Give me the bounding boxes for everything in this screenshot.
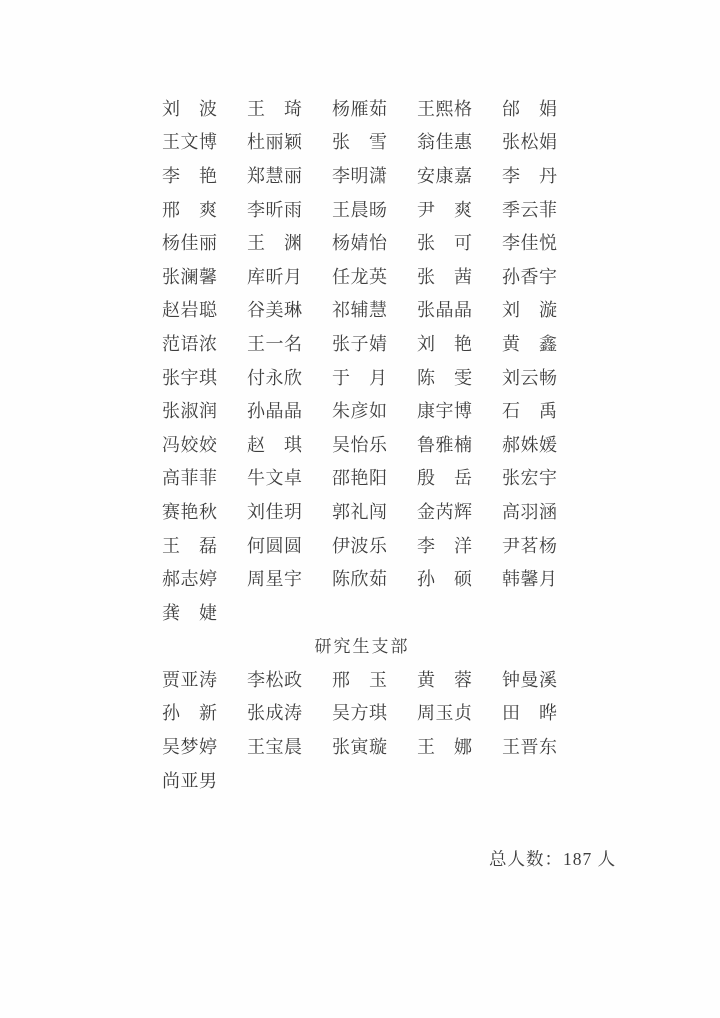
person-name: 刘云畅: [502, 369, 559, 387]
member-name-list-graduate: 贾亚涛李松政邢 玉黄 蓉钟曼溪孙 新张成涛吴方琪周玉贞田 晔吴梦婷王宝晨张寅璇王…: [162, 663, 562, 797]
person-name: 周星宇: [247, 570, 304, 588]
person-name: 范语浓: [162, 335, 219, 353]
person-name: 李明潇: [332, 167, 389, 185]
person-name: 韩馨月: [502, 570, 559, 588]
person-name: 尹茗杨: [502, 537, 559, 555]
name-row: 孙 新张成涛吴方琪周玉贞田 晔: [162, 697, 562, 731]
name-row: 李 艳郑慧丽李明潇安康嘉李 丹: [162, 159, 562, 193]
person-name: 康宇博: [417, 402, 474, 420]
person-name: 张晶晶: [417, 301, 474, 319]
person-name: 吴梦婷: [162, 738, 219, 756]
name-row: 赵岩聪谷美琳祁辅慧张晶晶刘 漩: [162, 294, 562, 328]
document-page: 刘 波王 琦杨雁茹王熙格邰 娟王文博杜丽颖张 雪翁佳惠张松娟李 艳郑慧丽李明潇安…: [0, 0, 720, 1018]
person-name: 王熙格: [417, 100, 474, 118]
person-name: 鲁雅楠: [417, 436, 474, 454]
person-name: 赵岩聪: [162, 301, 219, 319]
person-name: 石 禹: [502, 402, 559, 420]
person-name: 杨佳丽: [162, 234, 219, 252]
person-name: 张 雪: [332, 133, 389, 151]
name-row: 张淑润孙晶晶朱彦如康宇博石 禹: [162, 394, 562, 428]
person-name: 王 琦: [247, 100, 304, 118]
name-row: 张宇琪付永欣于 月陈 雯刘云畅: [162, 361, 562, 395]
person-name: 贾亚涛: [162, 671, 219, 689]
person-name: 邰 娟: [502, 100, 559, 118]
person-name: 祁辅慧: [332, 301, 389, 319]
name-row: 冯姣姣赵 琪吴怡乐鲁雅楠郝姝媛: [162, 428, 562, 462]
person-name: 张澜馨: [162, 268, 219, 286]
person-name: 张成涛: [247, 704, 304, 722]
name-row: 王 磊何圆圆伊波乐李 洋尹茗杨: [162, 529, 562, 563]
person-name: 张宇琪: [162, 369, 219, 387]
name-row: 杨佳丽王 渊杨婧怡张 可李佳悦: [162, 226, 562, 260]
person-name: 王 磊: [162, 537, 219, 555]
name-row: 尚亚男: [162, 764, 562, 798]
name-row: 龚 婕: [162, 596, 562, 630]
person-name: 周玉贞: [417, 704, 474, 722]
person-name: 郑慧丽: [247, 167, 304, 185]
person-name: 张子婧: [332, 335, 389, 353]
person-name: 杨婧怡: [332, 234, 389, 252]
person-name: 王一名: [247, 335, 304, 353]
person-name: 何圆圆: [247, 537, 304, 555]
person-name: 冯姣姣: [162, 436, 219, 454]
person-name: 安康嘉: [417, 167, 474, 185]
person-name: 田 晔: [502, 704, 559, 722]
person-name: 翁佳惠: [417, 133, 474, 151]
person-name: 吴方琪: [332, 704, 389, 722]
person-name: 邵艳阳: [332, 469, 389, 487]
person-name: 郝志婷: [162, 570, 219, 588]
person-name: 刘 波: [162, 100, 219, 118]
person-name: 高菲菲: [162, 469, 219, 487]
person-name: 任龙英: [332, 268, 389, 286]
person-name: 牛文卓: [247, 469, 304, 487]
person-name: 王 渊: [247, 234, 304, 252]
person-name: 谷美琳: [247, 301, 304, 319]
person-name: 朱彦如: [332, 402, 389, 420]
person-name: 殷 岳: [417, 469, 474, 487]
person-name: 季云菲: [502, 201, 559, 219]
person-name: 张淑润: [162, 402, 219, 420]
person-name: 郭礼闯: [332, 503, 389, 521]
person-name: 吴怡乐: [332, 436, 389, 454]
member-name-list-main: 刘 波王 琦杨雁茹王熙格邰 娟王文博杜丽颖张 雪翁佳惠张松娟李 艳郑慧丽李明潇安…: [162, 92, 562, 630]
person-name: 金芮辉: [417, 503, 474, 521]
person-name: 张 茜: [417, 268, 474, 286]
person-name: 李松政: [247, 671, 304, 689]
person-name: 孙香宇: [502, 268, 559, 286]
name-row: 王文博杜丽颖张 雪翁佳惠张松娟: [162, 126, 562, 160]
person-name: 库昕月: [247, 268, 304, 286]
person-name: 王 娜: [417, 738, 474, 756]
person-name: 刘 艳: [417, 335, 474, 353]
person-name: 邢 爽: [162, 201, 219, 219]
person-name: 李 丹: [502, 167, 559, 185]
person-name: 张寅璇: [332, 738, 389, 756]
person-name: 尹 爽: [417, 201, 474, 219]
person-name: 赛艳秋: [162, 503, 219, 521]
person-name: 李佳悦: [502, 234, 559, 252]
person-name: 杨雁茹: [332, 100, 389, 118]
person-name: 钟曼溪: [502, 671, 559, 689]
person-name: 李昕雨: [247, 201, 304, 219]
person-name: 刘佳玥: [247, 503, 304, 521]
person-name: 尚亚男: [162, 772, 219, 790]
person-name: 郝姝媛: [502, 436, 559, 454]
person-name: 杜丽颖: [247, 133, 304, 151]
person-name: 刘 漩: [502, 301, 559, 319]
name-row: 吴梦婷王宝晨张寅璇王 娜王晋东: [162, 730, 562, 764]
person-name: 陈 雯: [417, 369, 474, 387]
person-name: 黄 蓉: [417, 671, 474, 689]
name-row: 赛艳秋刘佳玥郭礼闯金芮辉高羽涵: [162, 495, 562, 529]
name-row: 张澜馨库昕月任龙英张 茜孙香宇: [162, 260, 562, 294]
person-name: 王晨旸: [332, 201, 389, 219]
person-name: 高羽涵: [502, 503, 559, 521]
person-name: 孙晶晶: [247, 402, 304, 420]
person-name: 伊波乐: [332, 537, 389, 555]
person-name: 张宏宇: [502, 469, 559, 487]
name-row: 范语浓王一名张子婧刘 艳黄 鑫: [162, 327, 562, 361]
person-name: 邢 玉: [332, 671, 389, 689]
person-name: 王文博: [162, 133, 219, 151]
person-name: 李 洋: [417, 537, 474, 555]
person-name: 陈欣茹: [332, 570, 389, 588]
person-name: 黄 鑫: [502, 335, 559, 353]
person-name: 龚 婕: [162, 604, 219, 622]
name-row: 邢 爽李昕雨王晨旸尹 爽季云菲: [162, 193, 562, 227]
total-count: 总人数：187 人: [489, 846, 616, 871]
person-name: 孙 新: [162, 704, 219, 722]
person-name: 张松娟: [502, 133, 559, 151]
name-row: 刘 波王 琦杨雁茹王熙格邰 娟: [162, 92, 562, 126]
person-name: 赵 琪: [247, 436, 304, 454]
member-list-content: 刘 波王 琦杨雁茹王熙格邰 娟王文博杜丽颖张 雪翁佳惠张松娟李 艳郑慧丽李明潇安…: [162, 92, 562, 797]
person-name: 张 可: [417, 234, 474, 252]
person-name: 付永欣: [247, 369, 304, 387]
person-name: 王宝晨: [247, 738, 304, 756]
name-row: 高菲菲牛文卓邵艳阳殷 岳张宏宇: [162, 462, 562, 496]
name-row: 郝志婷周星宇陈欣茹孙 硕韩馨月: [162, 562, 562, 596]
person-name: 孙 硕: [417, 570, 474, 588]
section-heading-graduate-branch: 研究生支部: [162, 630, 562, 664]
person-name: 于 月: [332, 369, 389, 387]
person-name: 王晋东: [502, 738, 559, 756]
name-row: 贾亚涛李松政邢 玉黄 蓉钟曼溪: [162, 663, 562, 697]
person-name: 李 艳: [162, 167, 219, 185]
